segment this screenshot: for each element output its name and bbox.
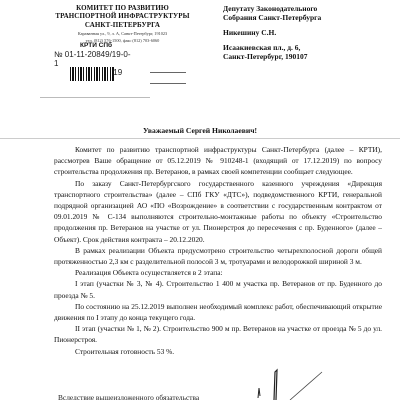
recipient-position: Депутату Законодательного — [223, 4, 317, 13]
stamp-number: № 01-11-20849/19-0-1 — [54, 50, 134, 68]
stamp-title: КРТИ СПб — [80, 42, 134, 50]
paragraph: II этап (участки № 1, № 2). Строительств… — [54, 323, 382, 345]
paragraph: По состоянию на 25.12.2019 выполнен необ… — [54, 301, 382, 323]
paragraph: По заказу Санкт-Петербургского государст… — [54, 178, 382, 245]
paragraph: Строительная готовность 53 %. — [54, 346, 382, 357]
signature-icon — [250, 368, 330, 400]
recipient-name: Никешину С.Н. — [223, 28, 276, 37]
recipient-position: Собрания Санкт-Петербурга — [223, 13, 321, 22]
recipient-address: Исаакиевская пл., д. 6, — [223, 43, 300, 52]
recipient-block: Депутату Законодательного Собрания Санкт… — [223, 4, 398, 67]
paragraph: В рамках реализации Объекта предусмотрен… — [54, 245, 382, 267]
barcode — [70, 67, 114, 81]
paragraph: Комитет по развитию транспортной инфраст… — [54, 144, 382, 178]
greeting: Уважаемый Сергей Николаевич! — [0, 126, 400, 135]
org-address: Караванная ул., 9, л. А, Санкт-Петербург… — [55, 31, 190, 36]
recipient-address: Санкт-Петербург, 190107 — [223, 52, 308, 61]
scan-divider — [40, 97, 150, 98]
letter-body: Комитет по развитию транспортной инфраст… — [54, 144, 382, 357]
paragraph: I этап (участки № 3, № 4). Строительство… — [54, 278, 382, 300]
blank-line — [150, 72, 186, 73]
letterhead: КОМИТЕТ ПО РАЗВИТИЮ ТРАНСПОРТНОЙ ИНФРАСТ… — [55, 4, 190, 43]
blank-line — [150, 83, 186, 84]
org-name-line: САНКТ-ПЕТЕРБУРГА — [55, 21, 190, 29]
org-name-line: КОМИТЕТ ПО РАЗВИТИЮ — [55, 4, 190, 12]
closing-text: Вследствие вышеизложенного обязательства — [58, 393, 199, 400]
paragraph: Реализация Объекта осуществляется в 2 эт… — [54, 267, 382, 278]
scan-divider — [0, 138, 400, 139]
org-name-line: ТРАНСПОРТНОЙ ИНФРАСТРУКТУРЫ — [55, 12, 190, 20]
